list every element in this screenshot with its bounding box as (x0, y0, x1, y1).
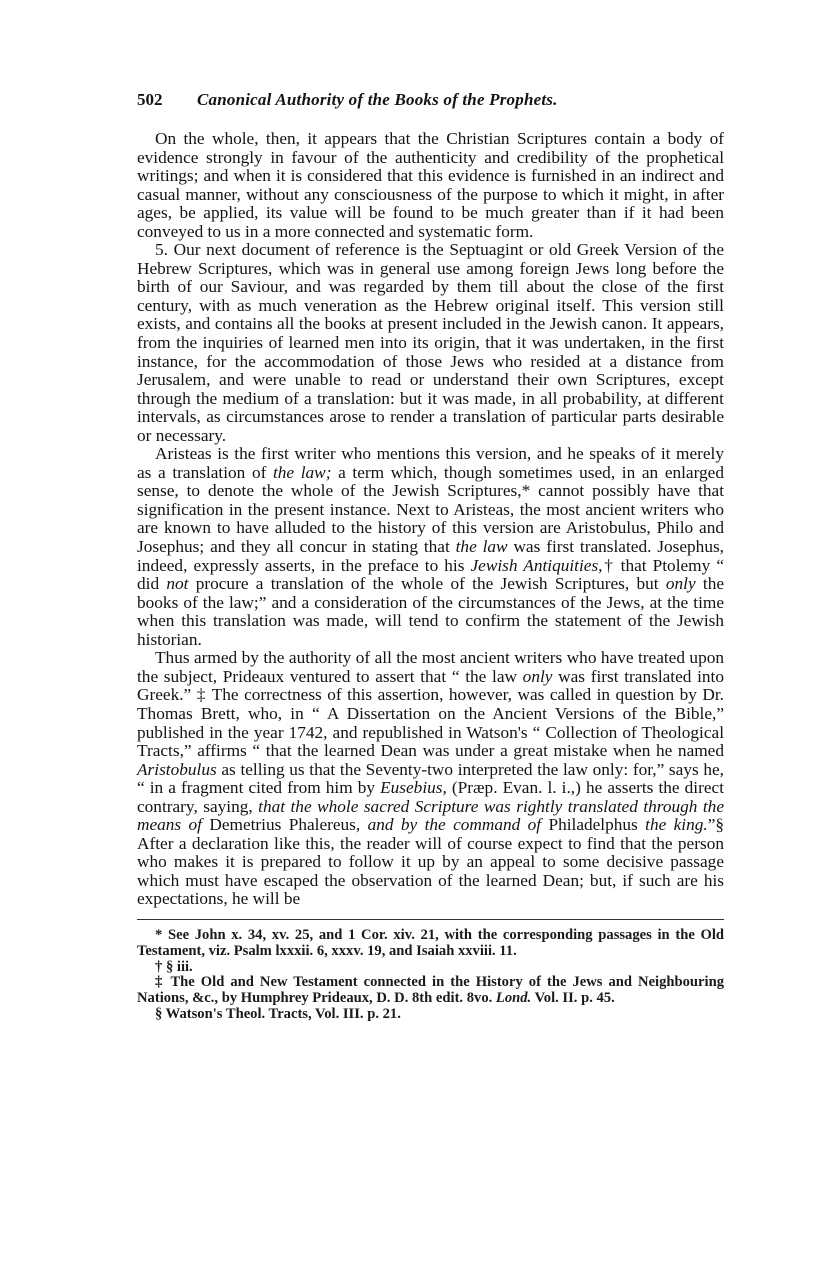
text-run: procure a translation of the whole of th… (188, 574, 665, 593)
text-run: Demetrius Phalereus, (202, 815, 368, 834)
text-run: Vol. II. p. 45. (531, 990, 615, 1006)
footnote: † § iii. (137, 960, 724, 976)
text-run: § Watson's Theol. Tracts, Vol. III. p. 2… (155, 1006, 401, 1022)
paragraph: Aristeas is the first writer who mention… (137, 445, 724, 649)
text-run: * See John x. 34, xv. 25, and 1 Cor. xiv… (137, 927, 724, 959)
running-title: Canonical Authority of the Books of the … (197, 90, 558, 110)
italic-text: Jewish Antiquities, (471, 556, 603, 575)
text-run: Philadelphus (541, 815, 645, 834)
italic-text: and by the command of (368, 815, 541, 834)
footnote: * See John x. 34, xv. 25, and 1 Cor. xiv… (137, 928, 724, 960)
paragraph: 5. Our next document of reference is the… (137, 241, 724, 445)
footnotes: * See John x. 34, xv. 25, and 1 Cor. xiv… (137, 928, 724, 1023)
italic-text: the law; (273, 463, 331, 482)
book-page: 502 Canonical Authority of the Books of … (137, 90, 724, 1023)
page-number: 502 (137, 90, 163, 110)
italic-text: only (523, 667, 553, 686)
text-run: On the whole, then, it appears that the … (137, 129, 724, 241)
italic-text: Aristobulus (137, 760, 217, 779)
italic-text: not (166, 574, 188, 593)
text-run: † § iii. (155, 959, 193, 975)
running-head: 502 Canonical Authority of the Books of … (137, 90, 724, 114)
paragraph: On the whole, then, it appears that the … (137, 130, 724, 241)
body-text: On the whole, then, it appears that the … (137, 130, 724, 909)
footnote: § Watson's Theol. Tracts, Vol. III. p. 2… (137, 1007, 724, 1023)
footnote-rule (137, 919, 724, 920)
text-run: 5. Our next document of reference is the… (137, 240, 724, 444)
paragraph: Thus armed by the authority of all the m… (137, 649, 724, 909)
text-run: ‡ The Old and New Testament connected in… (137, 974, 724, 1006)
italic-text: the king. (645, 815, 708, 834)
italic-text: only (666, 574, 696, 593)
italic-text: Eusebius, (380, 778, 447, 797)
italic-text: Lond. (496, 990, 531, 1006)
italic-text: the law (456, 537, 508, 556)
footnote: ‡ The Old and New Testament connected in… (137, 975, 724, 1007)
